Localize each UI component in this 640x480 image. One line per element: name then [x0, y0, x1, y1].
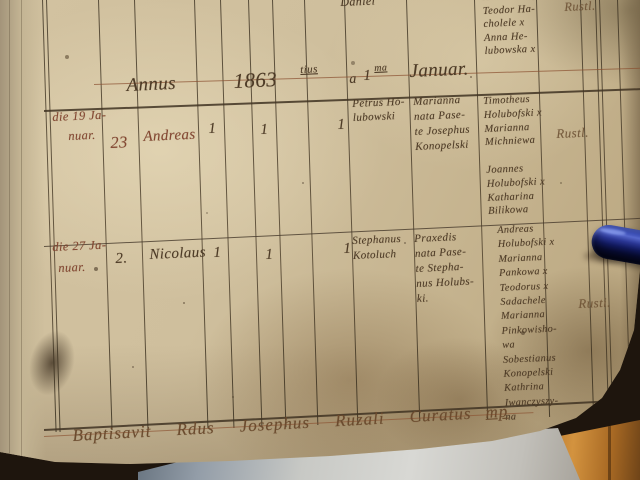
entry2-father: Stephanus Kotoluch [352, 232, 402, 264]
wood-grain-line [608, 422, 611, 480]
entry1-tally-1: 1 [208, 120, 217, 139]
header-first-suffix: ma [374, 62, 388, 75]
entry1-godparents: Timotheus Holubofski x Marianna Michniew… [483, 92, 547, 219]
entry2-date-line1: die 27 Ja- [52, 238, 107, 256]
photo-of-baptismal-register: Annus 1863 tius a 1 ma Januar. Daniel Ho… [0, 0, 640, 480]
header-month: Januar. [409, 57, 469, 83]
entry1-father: Petrus Ho- lubowski [352, 95, 406, 125]
entry2-status: Rusti. [578, 295, 611, 313]
entry1-date-line1: die 19 Ja- [52, 108, 107, 126]
partial-entry-father: Daniel [340, 0, 376, 10]
entry1-house-number: 23 [110, 132, 128, 153]
entry2-child-name: Nicolaus [149, 244, 206, 265]
register-page: Annus 1863 tius a 1 ma Januar. Daniel Ho… [0, 0, 640, 478]
header-a-label: a [349, 71, 357, 89]
entry2-godparents: Andreas Holubofski x Marianna Pankowa x … [497, 222, 562, 426]
entry1-mother: Marianna nata Pase- te Josephus Konopels… [413, 93, 471, 155]
partial-entry-status: Rustl. [564, 0, 596, 16]
header-year-suffix: tius [300, 63, 318, 78]
entry2-tally-2: 1 [265, 246, 274, 265]
entry1-child-name: Andreas [143, 126, 196, 147]
entry2-date-line2: nuar. [58, 260, 86, 277]
entry1-status: Rustl. [556, 125, 589, 143]
header-annus-label: Annus [126, 72, 176, 98]
ballpoint-pen [584, 214, 640, 278]
header-year: 1863 [233, 66, 278, 94]
entry2-house-number: 2. [115, 249, 128, 268]
entry2-tally-1: 1 [213, 244, 222, 263]
header-first-numeral: 1 [363, 67, 372, 86]
priest-signature-mark: mp [485, 402, 509, 422]
entry1-tally-2: 1 [260, 121, 269, 140]
entry1-date-line2: nuar. [68, 128, 96, 145]
entry1-tally-3: 1 [337, 116, 346, 135]
entry2-mother: Praxedis nata Pase- te Stepha- nus Holub… [414, 229, 475, 306]
entry2-tally-3: 1 [343, 240, 352, 259]
partial-entry-godparents: Holubowscy x Teodor Ha- cholele x Anna H… [482, 0, 549, 58]
